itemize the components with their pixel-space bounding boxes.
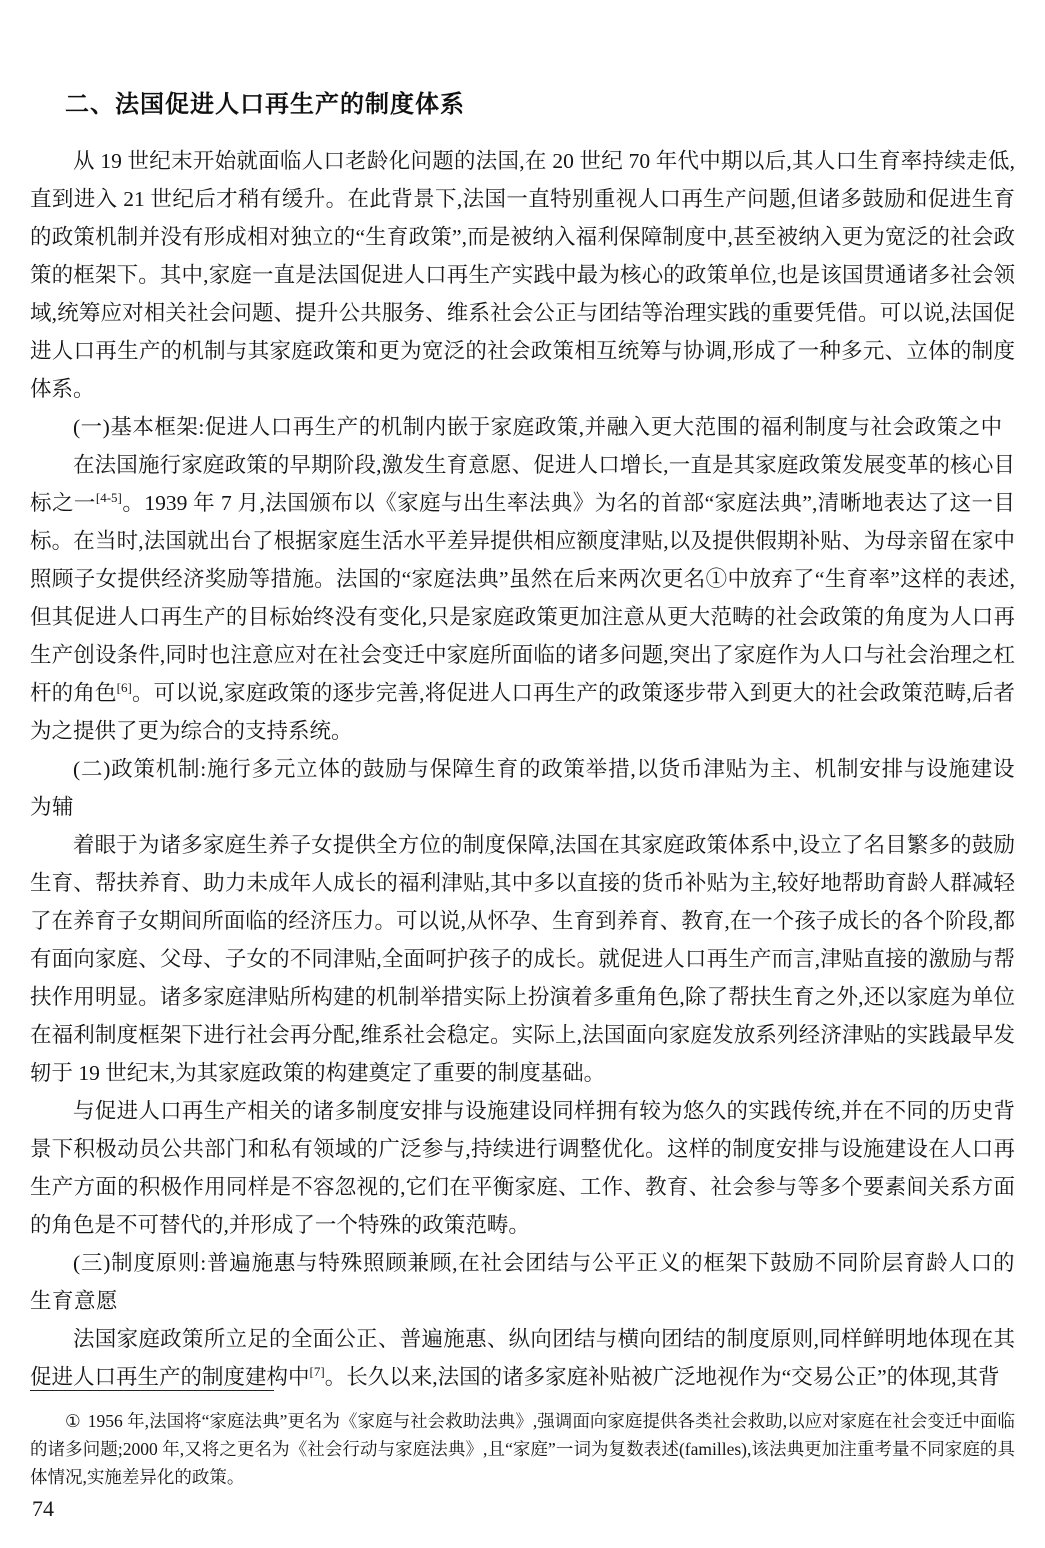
citation-ref-4-5: [4-5] — [96, 490, 122, 505]
page-number: 74 — [32, 1496, 54, 1522]
body-text: 从 19 世纪末开始就面临人口老龄化问题的法国,在 20 世纪 70 年代中期以… — [30, 142, 1015, 1396]
paragraph-5: 法国家庭政策所立足的全面公正、普遍施惠、纵向团结与横向团结的制度原则,同样鲜明地… — [30, 1320, 1015, 1396]
footnote-divider — [30, 1390, 274, 1391]
citation-ref-6: [6] — [117, 680, 132, 695]
paragraph-4: 与促进人口再生产相关的诸多制度安排与设施建设同样拥有较为悠久的实践传统,并在不同… — [30, 1092, 1015, 1244]
document-page: 二、法国促进人口再生产的制度体系 从 19 世纪末开始就面临人口老龄化问题的法国… — [0, 0, 1045, 1548]
subsection-heading-3: (三)制度原则:普遍施惠与特殊照顾兼顾,在社会团结与公平正义的框架下鼓励不同阶层… — [30, 1244, 1015, 1320]
footnote-marker: ① — [65, 1411, 81, 1431]
paragraph-5-text-2: 。长久以来,法国的诸多家庭补贴被广泛地视作为“交易公正”的体现,其背 — [325, 1365, 1000, 1389]
subsection-heading-1: (一)基本框架:促进人口再生产的机制内嵌于家庭政策,并融入更大范围的福利制度与社… — [30, 408, 1015, 446]
footnote-area: ①1956 年,法国将“家庭法典”更名为《家庭与社会救助法典》,强调面向家庭提供… — [30, 1390, 1015, 1491]
paragraph-2-text-2: 。1939 年 7 月,法国颁布以《家庭与出生率法典》为名的首部“家庭法典”,清… — [30, 491, 1015, 705]
subsection-heading-2: (二)政策机制:施行多元立体的鼓励与保障生育的政策举措,以货币津贴为主、机制安排… — [30, 750, 1015, 826]
paragraph-2-text-3: 。可以说,家庭政策的逐步完善,将促进人口再生产的政策逐步带入到更大的社会政策范畴… — [30, 681, 1015, 743]
footnote-text: 1956 年,法国将“家庭法典”更名为《家庭与社会救助法典》,强调面向家庭提供各… — [30, 1411, 1015, 1487]
footnote-1: ①1956 年,法国将“家庭法典”更名为《家庭与社会救助法典》,强调面向家庭提供… — [30, 1407, 1015, 1491]
citation-ref-7: [7] — [310, 1364, 325, 1379]
paragraph-1: 从 19 世纪末开始就面临人口老龄化问题的法国,在 20 世纪 70 年代中期以… — [30, 142, 1015, 408]
paragraph-2: 在法国施行家庭政策的早期阶段,激发生育意愿、促进人口增长,一直是其家庭政策发展变… — [30, 446, 1015, 750]
section-title: 二、法国促进人口再生产的制度体系 — [65, 84, 465, 119]
paragraph-3: 着眼于为诸多家庭生养子女提供全方位的制度保障,法国在其家庭政策体系中,设立了名目… — [30, 826, 1015, 1092]
